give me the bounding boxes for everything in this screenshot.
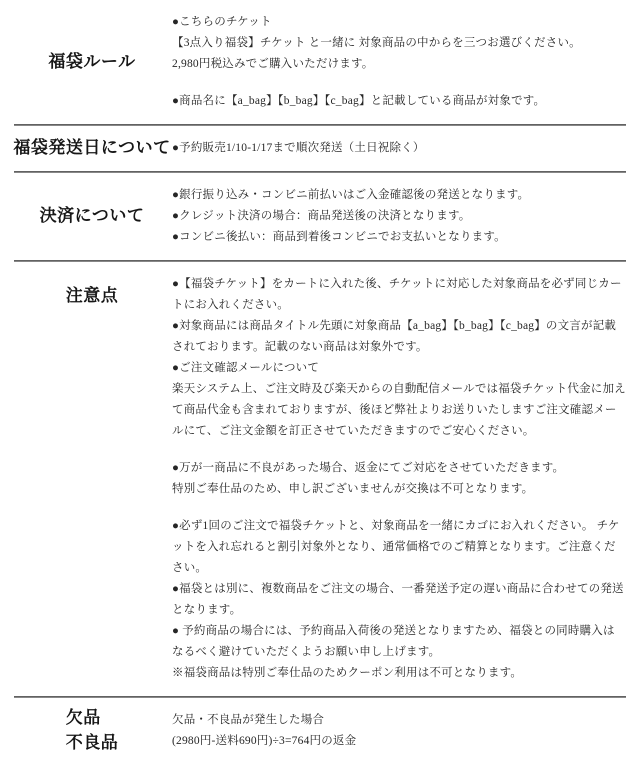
section-label-cell: 福袋ルール — [0, 0, 170, 124]
section-label: 福袋ルール — [48, 50, 135, 75]
paragraph-text: 特別ご奉仕品のため、申し訳ございませんが交換は不可となります。 — [172, 479, 626, 500]
section-label-line: 不良品 — [66, 731, 119, 756]
section-label-cell: 決済について — [0, 173, 170, 260]
section-row-missing-defective: 欠品不良品 欠品・不良品が発生した場合(2980円-送料690円)÷3=764円… — [0, 698, 640, 757]
paragraph-text: ●予約販売1/10-1/17まで順次発送（土日祝除く） — [172, 138, 626, 159]
section-row-payment: 決済について ●銀行振り込み・コンビニ前払いはご入金確認後の発送となります。●ク… — [0, 173, 640, 260]
paragraph-text: 欠品・不良品が発生した場合 — [172, 710, 626, 731]
paragraph-text: ●こちらのチケット — [172, 12, 626, 33]
paragraph-text: 【3点入り福袋】チケット と一緒に 対象商品の中からを三つお選びください。 — [172, 33, 626, 54]
section-content: ●こちらのチケット【3点入り福袋】チケット と一緒に 対象商品の中からを三つお選… — [170, 0, 640, 124]
fukubukuro-info-table: 福袋ルール ●こちらのチケット【3点入り福袋】チケット と一緒に 対象商品の中か… — [0, 0, 640, 757]
section-label: 欠品不良品 — [66, 706, 119, 755]
paragraph-spacer — [172, 442, 626, 458]
section-label-line: 決済について — [40, 204, 145, 229]
section-row-cautions: 注意点 ●【福袋チケット】をカートに入れた後、チケットに対応した対象商品を必ず同… — [0, 262, 640, 696]
paragraph-text: ●商品名に【a_bag】【b_bag】【c_bag】と記載している商品が対象です… — [172, 91, 626, 112]
section-content: ●【福袋チケット】をカートに入れた後、チケットに対応した対象商品を必ず同じカート… — [170, 262, 640, 696]
paragraph-spacer — [172, 75, 626, 91]
paragraph-text: ●万が一商品に不良があった場合、返金にてご対応をさせていただきます。 — [172, 458, 626, 479]
section-label: 福袋発送日について — [13, 136, 170, 161]
section-label-cell: 注意点 — [0, 262, 170, 696]
paragraph-spacer — [172, 500, 626, 516]
paragraph-text: ●必ず1回のご注文で福袋チケットと、対象商品を一緒にカゴにお入れください。 チケ… — [172, 516, 626, 579]
paragraph-text: ●【福袋チケット】をカートに入れた後、チケットに対応した対象商品を必ず同じカート… — [172, 274, 626, 316]
section-label-line: 福袋発送日について — [13, 136, 170, 161]
paragraph-text: 2,980円税込みでご購入いただけます。 — [172, 54, 626, 75]
paragraph-text: ●コンビニ後払い：商品到着後コンビニでお支払いとなります。 — [172, 227, 626, 248]
paragraph-text: ● 予約商品の場合には、予約商品入荷後の発送となりますため、福袋との同時購入はな… — [172, 621, 626, 663]
paragraph-text: ●銀行振り込み・コンビニ前払いはご入金確認後の発送となります。 — [172, 185, 626, 206]
paragraph-text: ●対象商品には商品タイトル先頭に対象商品【a_bag】【b_bag】【c_bag… — [172, 316, 626, 358]
section-content: ●予約販売1/10-1/17まで順次発送（土日祝除く） — [170, 126, 640, 171]
section-label-line: 注意点 — [66, 284, 119, 309]
paragraph-text: ※福袋商品は特別ご奉仕品のためクーポン利用は不可となります。 — [172, 663, 626, 684]
section-row-shipping-date: 福袋発送日について ●予約販売1/10-1/17まで順次発送（土日祝除く） — [0, 126, 640, 171]
section-label-line: 欠品 — [66, 706, 119, 731]
section-content: 欠品・不良品が発生した場合(2980円-送料690円)÷3=764円の返金 — [170, 698, 640, 757]
paragraph-text: (2980円-送料690円)÷3=764円の返金 — [172, 731, 626, 752]
paragraph-text: ●ご注文確認メールについて — [172, 358, 626, 379]
paragraph-text: 楽天システム上、ご注文時及び楽天からの自動配信メールでは福袋チケット代金に加えて… — [172, 379, 626, 442]
section-label-cell: 欠品不良品 — [0, 698, 170, 757]
section-label-cell: 福袋発送日について — [0, 126, 170, 171]
section-label: 決済について — [40, 204, 145, 229]
section-row-fukubukuro-rules: 福袋ルール ●こちらのチケット【3点入り福袋】チケット と一緒に 対象商品の中か… — [0, 0, 640, 124]
paragraph-text: ●福袋とは別に、複数商品をご注文の場合、一番発送予定の遅い商品に合わせての発送と… — [172, 579, 626, 621]
paragraph-text: ●クレジット決済の場合：商品発送後の決済となります。 — [172, 206, 626, 227]
section-content: ●銀行振り込み・コンビニ前払いはご入金確認後の発送となります。●クレジット決済の… — [170, 173, 640, 260]
section-label-line: 福袋ルール — [48, 50, 135, 75]
section-label: 注意点 — [66, 284, 119, 309]
